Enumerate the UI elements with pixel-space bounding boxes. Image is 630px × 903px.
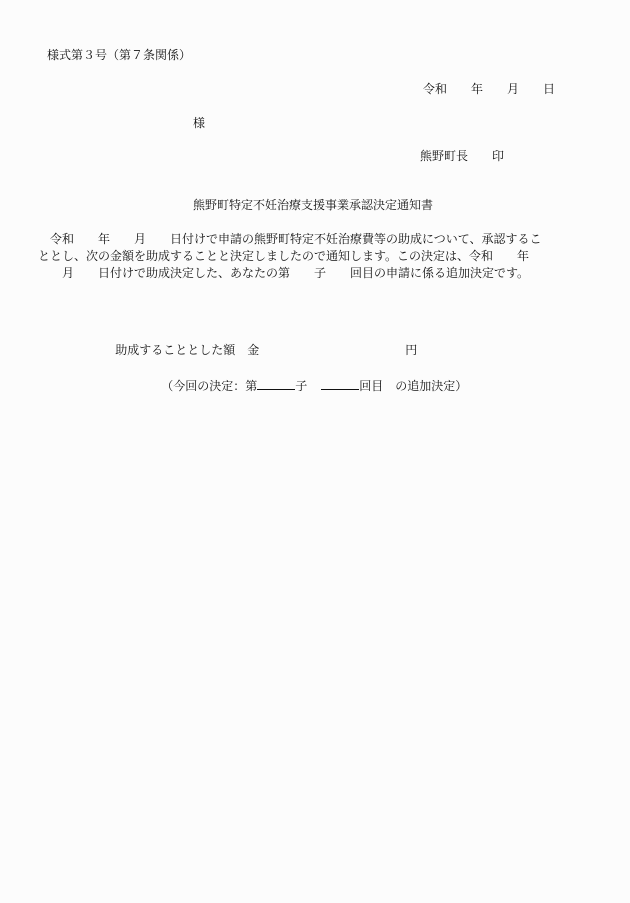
form-number: 様式第３号（第７条関係）: [47, 49, 191, 61]
addressee-honorific: 様: [193, 117, 205, 129]
issuer-seal: 熊野町長 印: [420, 150, 504, 162]
body-text-line: ととし、次の金額を助成することと決定しましたので通知します。この決定は、令和 年: [38, 250, 529, 262]
times-number-blank: [321, 378, 359, 390]
body-text-line: 令和 年 月 日付けで申請の熊野町特定不妊治療費等の助成について、承認するこ: [38, 233, 542, 245]
note-prefix: （今回の決定：第: [161, 379, 257, 393]
note-times-suffix: 回目 の追加決定）: [359, 379, 467, 393]
note-child-suffix: 子: [295, 379, 319, 393]
child-number-blank: [257, 378, 295, 390]
issue-date: 令和 年 月 日: [423, 83, 555, 95]
document-title: 熊野町特定不妊治療支援事業承認決定通知書: [193, 199, 433, 211]
decision-note: （今回の決定：第子 回目 の追加決定）: [146, 366, 467, 404]
yen-unit: 円: [405, 343, 417, 357]
grant-amount-label: 助成することとした額 金: [115, 343, 259, 357]
body-text-line: 月 日付けで助成決定した、あなたの第 子 回目の申請に係る追加決定です。: [38, 267, 529, 279]
grant-amount-line: 助成することとした額 金円: [100, 332, 417, 368]
